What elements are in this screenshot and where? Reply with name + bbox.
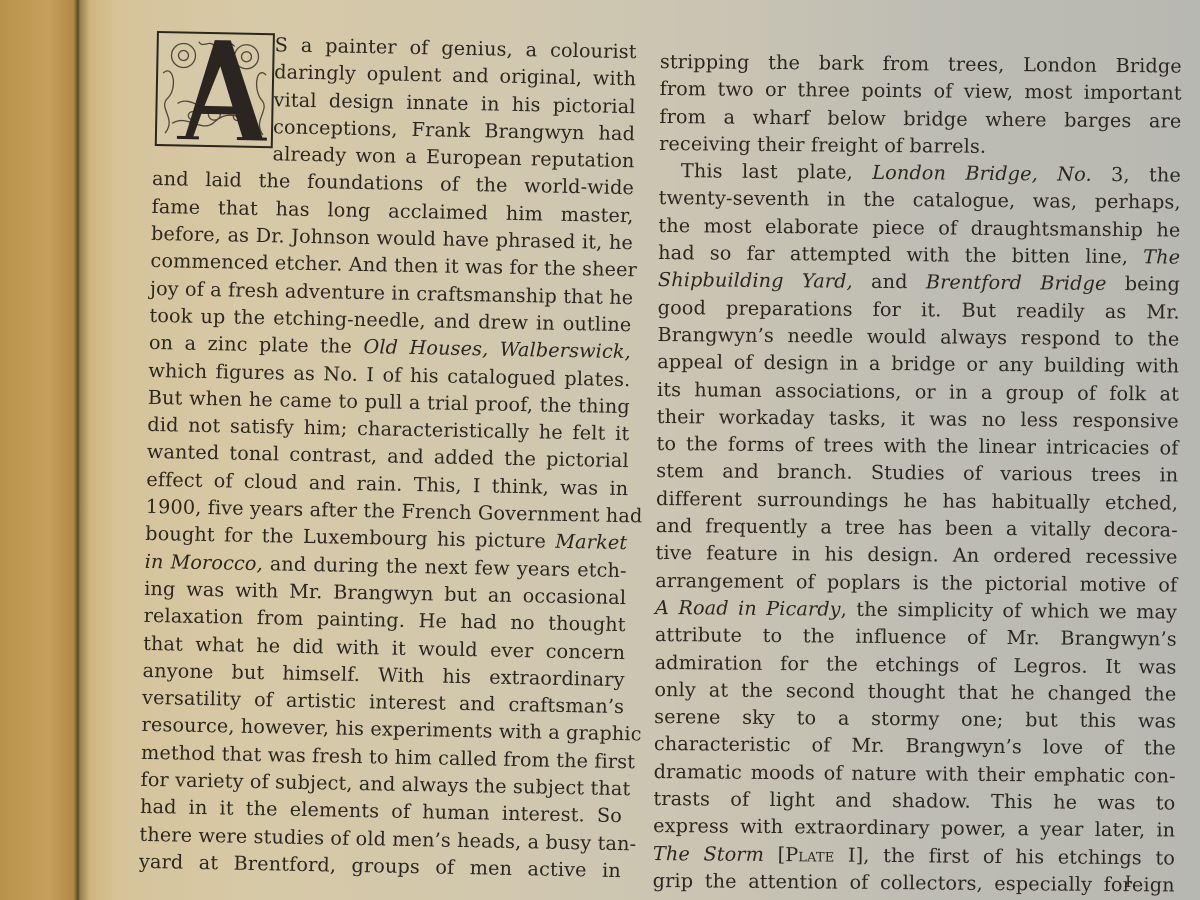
text-segment: I], the first of his etchings to bbox=[834, 843, 1175, 869]
text-line: admiration for the etchings of Legros. I… bbox=[655, 649, 1177, 681]
text-line: attribute to the influence of Mr. Brangw… bbox=[655, 621, 1177, 653]
left-text-column: S a painter of genius, a colourist darin… bbox=[89, 28, 637, 884]
artwork-title: Shipbuilding Yard, bbox=[658, 268, 853, 293]
right-text-column: stripping the bark from trees, London Br… bbox=[653, 48, 1182, 899]
artwork-title: The Storm bbox=[653, 842, 764, 866]
text-segment: being bbox=[1106, 272, 1180, 296]
ornamental-drop-cap bbox=[155, 31, 275, 148]
artwork-title: A Road in Picardy bbox=[655, 596, 841, 621]
text-line: express with extraordinary power, a year… bbox=[653, 812, 1175, 844]
text-line: characteristic of Mr. Brangwyn’s love of… bbox=[654, 730, 1176, 762]
artwork-title: Brentford Bridge bbox=[926, 271, 1107, 296]
text-line: from two or three points of view, most i… bbox=[660, 75, 1182, 107]
artwork-title: Market bbox=[555, 530, 627, 554]
text-line: appeal of design in a bridge or any buil… bbox=[657, 348, 1179, 380]
text-segment: 3, the bbox=[1092, 163, 1181, 187]
artwork-title: London Bridge, No. bbox=[872, 161, 1092, 186]
text-line: from a wharf below bridge where barges a… bbox=[659, 103, 1181, 135]
artwork-title: Old Houses, Walberswick, bbox=[363, 335, 631, 363]
text-line: stem and branch. Studies of various tree… bbox=[656, 457, 1178, 489]
plate-reference: Plate bbox=[785, 843, 834, 866]
artwork-title: in Morocco, bbox=[145, 550, 263, 575]
page-gutter-shadow bbox=[78, 0, 90, 900]
text-segment: on a zinc plate the bbox=[149, 331, 364, 358]
drop-cap-a-icon bbox=[157, 33, 273, 146]
text-segment: and bbox=[853, 270, 926, 294]
artwork-title: The bbox=[1143, 245, 1180, 268]
text-line: Shipbuilding Yard, and Brentford Bridge … bbox=[658, 266, 1180, 298]
text-line: grip the attention of collectors, especi… bbox=[653, 867, 1175, 899]
book-cover-edge bbox=[0, 0, 80, 900]
text-line: tive feature in his design. An ordered r… bbox=[655, 539, 1177, 571]
text-segment: had so far attempted with the bitten lin… bbox=[658, 241, 1143, 268]
text-segment: [ bbox=[764, 843, 785, 866]
page-number: I bbox=[1125, 872, 1131, 891]
text-segment: , the simplicity of which we may bbox=[841, 598, 1178, 624]
text-line: twenty-seventh in the catalogue, was, pe… bbox=[659, 184, 1181, 216]
text-line: its human associations, or in a group of… bbox=[657, 376, 1179, 408]
text-segment: This last plate, bbox=[681, 159, 873, 184]
